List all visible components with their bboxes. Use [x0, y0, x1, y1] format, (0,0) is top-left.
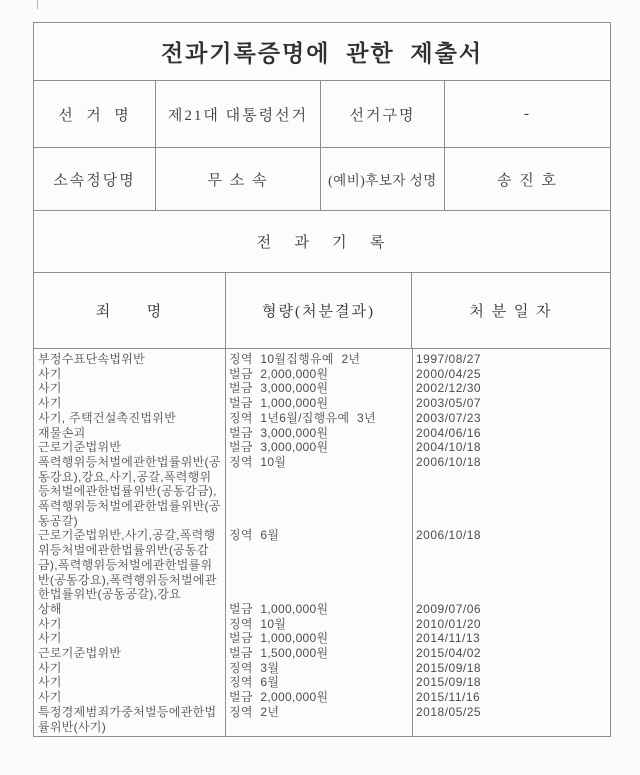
candidate-name-label: (예비)후보자 성명 [320, 148, 444, 210]
record-row: 근로기준법위반 벌금 3,000,000원 2004/10/18 [34, 440, 610, 455]
record-date: 2000/04/25 [412, 367, 610, 382]
record-date: 1997/08/27 [412, 352, 610, 367]
document-title: 전과기록증명에 관한 제출서 [161, 35, 483, 68]
record-date: 2015/04/02 [412, 646, 610, 661]
record-sentence: 벌금 1,500,000원 [225, 646, 412, 661]
record-row: 근로기준법위반 벌금 1,500,000원 2015/04/02 [34, 646, 610, 661]
candidate-name-value: 송 진 호 [444, 148, 610, 210]
column-header-crime: 죄 명 [34, 273, 225, 348]
district-name-label: 선거구명 [320, 81, 444, 147]
record-crime: 사기, 주택건설촉진법위반 [34, 411, 225, 426]
record-row: 근로기준법위반,사기,공갈,폭력행위등처벌에관한법률위반(공동감금),폭력행위등… [34, 528, 610, 602]
title-row: 전과기록증명에 관한 제출서 [34, 23, 610, 81]
record-row: 재물손괴 벌금 3,000,000원 2004/06/16 [34, 426, 610, 441]
record-row: 사기 징역 6월 2015/09/18 [34, 675, 610, 690]
info-row-candidate: 소속정당명 무 소 속 (예비)후보자 성명 송 진 호 [34, 148, 610, 211]
record-sentence: 징역 2년 [225, 705, 412, 734]
record-crime: 사기 [34, 675, 225, 690]
record-crime: 부정수표단속법위반 [34, 352, 225, 367]
record-crime: 사기 [34, 617, 225, 632]
record-date: 2015/09/18 [412, 675, 610, 690]
record-sentence: 벌금 3,000,000원 [225, 426, 412, 441]
record-row: 상해 벌금 1,000,000원 2009/07/06 [34, 602, 610, 617]
record-crime: 사기 [34, 690, 225, 705]
record-row: 사기 징역 10월 2010/01/20 [34, 617, 610, 632]
record-sentence: 벌금 1,000,000원 [225, 631, 412, 646]
record-sentence: 징역 10월 [225, 617, 412, 632]
record-sentence: 벌금 1,000,000원 [225, 602, 412, 617]
record-date: 2010/01/20 [412, 617, 610, 632]
record-crime: 상해 [34, 602, 225, 617]
record-date: 2015/11/16 [412, 690, 610, 705]
party-name-value: 무 소 속 [155, 148, 320, 210]
record-crime: 사기 [34, 631, 225, 646]
record-date: 2004/06/16 [412, 426, 610, 441]
record-date: 2002/12/30 [412, 381, 610, 396]
district-name-value: - [444, 81, 610, 147]
record-sentence: 벌금 2,000,000원 [225, 367, 412, 382]
record-crime: 근로기준법위반 [34, 646, 225, 661]
record-crime: 사기 [34, 381, 225, 396]
record-crime: 재물손괴 [34, 426, 225, 441]
record-date: 2004/10/18 [412, 440, 610, 455]
column-divider [225, 349, 226, 736]
record-sentence: 징역 10월 [225, 455, 412, 529]
record-crime: 사기 [34, 661, 225, 676]
record-rows: 부정수표단속법위반 징역 10월집행유예 2년 1997/08/27 사기 벌금… [34, 352, 610, 734]
record-row: 사기 벌금 3,000,000원 2002/12/30 [34, 381, 610, 396]
record-sentence: 벌금 3,000,000원 [225, 440, 412, 455]
document-table: 전과기록증명에 관한 제출서 선 거 명 제21대 대통령선거 선거구명 - 소… [33, 22, 611, 737]
record-row: 사기 벌금 1,000,000원 2003/05/07 [34, 396, 610, 411]
column-header-sentence: 형량(처분결과) [225, 273, 411, 348]
record-date: 2003/07/23 [412, 411, 610, 426]
record-date: 2018/05/25 [412, 705, 610, 734]
record-date: 2014/11/13 [412, 631, 610, 646]
record-sentence: 징역 6월 [225, 528, 412, 602]
record-crime: 근로기준법위반 [34, 440, 225, 455]
record-date: 2009/07/06 [412, 602, 610, 617]
record-row: 부정수표단속법위반 징역 10월집행유예 2년 1997/08/27 [34, 352, 610, 367]
record-date: 2003/05/07 [412, 396, 610, 411]
record-row: 폭력행위등처벌에관한법률위반(공동강요),강요,사기,공갈,폭력행위등처벌에관한… [34, 455, 610, 529]
record-row: 사기 벌금 2,000,000원 2015/11/16 [34, 690, 610, 705]
record-sentence: 징역 6월 [225, 675, 412, 690]
record-row: 사기 징역 3월 2015/09/18 [34, 661, 610, 676]
record-sentence: 벌금 3,000,000원 [225, 381, 412, 396]
record-sentence: 징역 1년6월/집행유예 3년 [225, 411, 412, 426]
record-sentence: 벌금 1,000,000원 [225, 396, 412, 411]
record-sentence: 벌금 2,000,000원 [225, 690, 412, 705]
record-date: 2006/10/18 [412, 528, 610, 602]
record-row: 사기 벌금 1,000,000원 2014/11/13 [34, 631, 610, 646]
record-sentence: 징역 10월집행유예 2년 [225, 352, 412, 367]
records-area: 부정수표단속법위반 징역 10월집행유예 2년 1997/08/27 사기 벌금… [34, 349, 610, 736]
record-row: 사기 벌금 2,000,000원 2000/04/25 [34, 367, 610, 382]
record-row: 특정경제범죄가중처벌등에관한법률위반(사기) 징역 2년 2018/05/25 [34, 705, 610, 734]
record-sentence: 징역 3월 [225, 661, 412, 676]
info-row-election: 선 거 명 제21대 대통령선거 선거구명 - [34, 81, 610, 148]
record-row: 사기, 주택건설촉진법위반 징역 1년6월/집행유예 3년 2003/07/23 [34, 411, 610, 426]
record-crime: 사기 [34, 367, 225, 382]
record-crime: 폭력행위등처벌에관한법률위반(공동강요),강요,사기,공갈,폭력행위등처벌에관한… [34, 455, 225, 529]
election-name-label: 선 거 명 [34, 81, 155, 147]
criminal-record-section-title: 전 과 기 록 [257, 231, 388, 252]
column-header-date: 처 분 일 자 [411, 273, 610, 348]
record-crime: 특정경제범죄가중처벌등에관한법률위반(사기) [34, 705, 225, 734]
record-table-header: 죄 명 형량(처분결과) 처 분 일 자 [34, 273, 610, 349]
scan-artifact-line [37, 0, 38, 9]
criminal-record-banner: 전 과 기 록 [34, 211, 610, 273]
record-date: 2006/10/18 [412, 455, 610, 529]
record-date: 2015/09/18 [412, 661, 610, 676]
scanned-document-page: 전과기록증명에 관한 제출서 선 거 명 제21대 대통령선거 선거구명 - 소… [0, 0, 640, 775]
column-divider [412, 349, 413, 736]
record-crime: 근로기준법위반,사기,공갈,폭력행위등처벌에관한법률위반(공동감금),폭력행위등… [34, 528, 225, 602]
record-crime: 사기 [34, 396, 225, 411]
party-name-label: 소속정당명 [34, 148, 155, 210]
election-name-value: 제21대 대통령선거 [155, 81, 320, 147]
